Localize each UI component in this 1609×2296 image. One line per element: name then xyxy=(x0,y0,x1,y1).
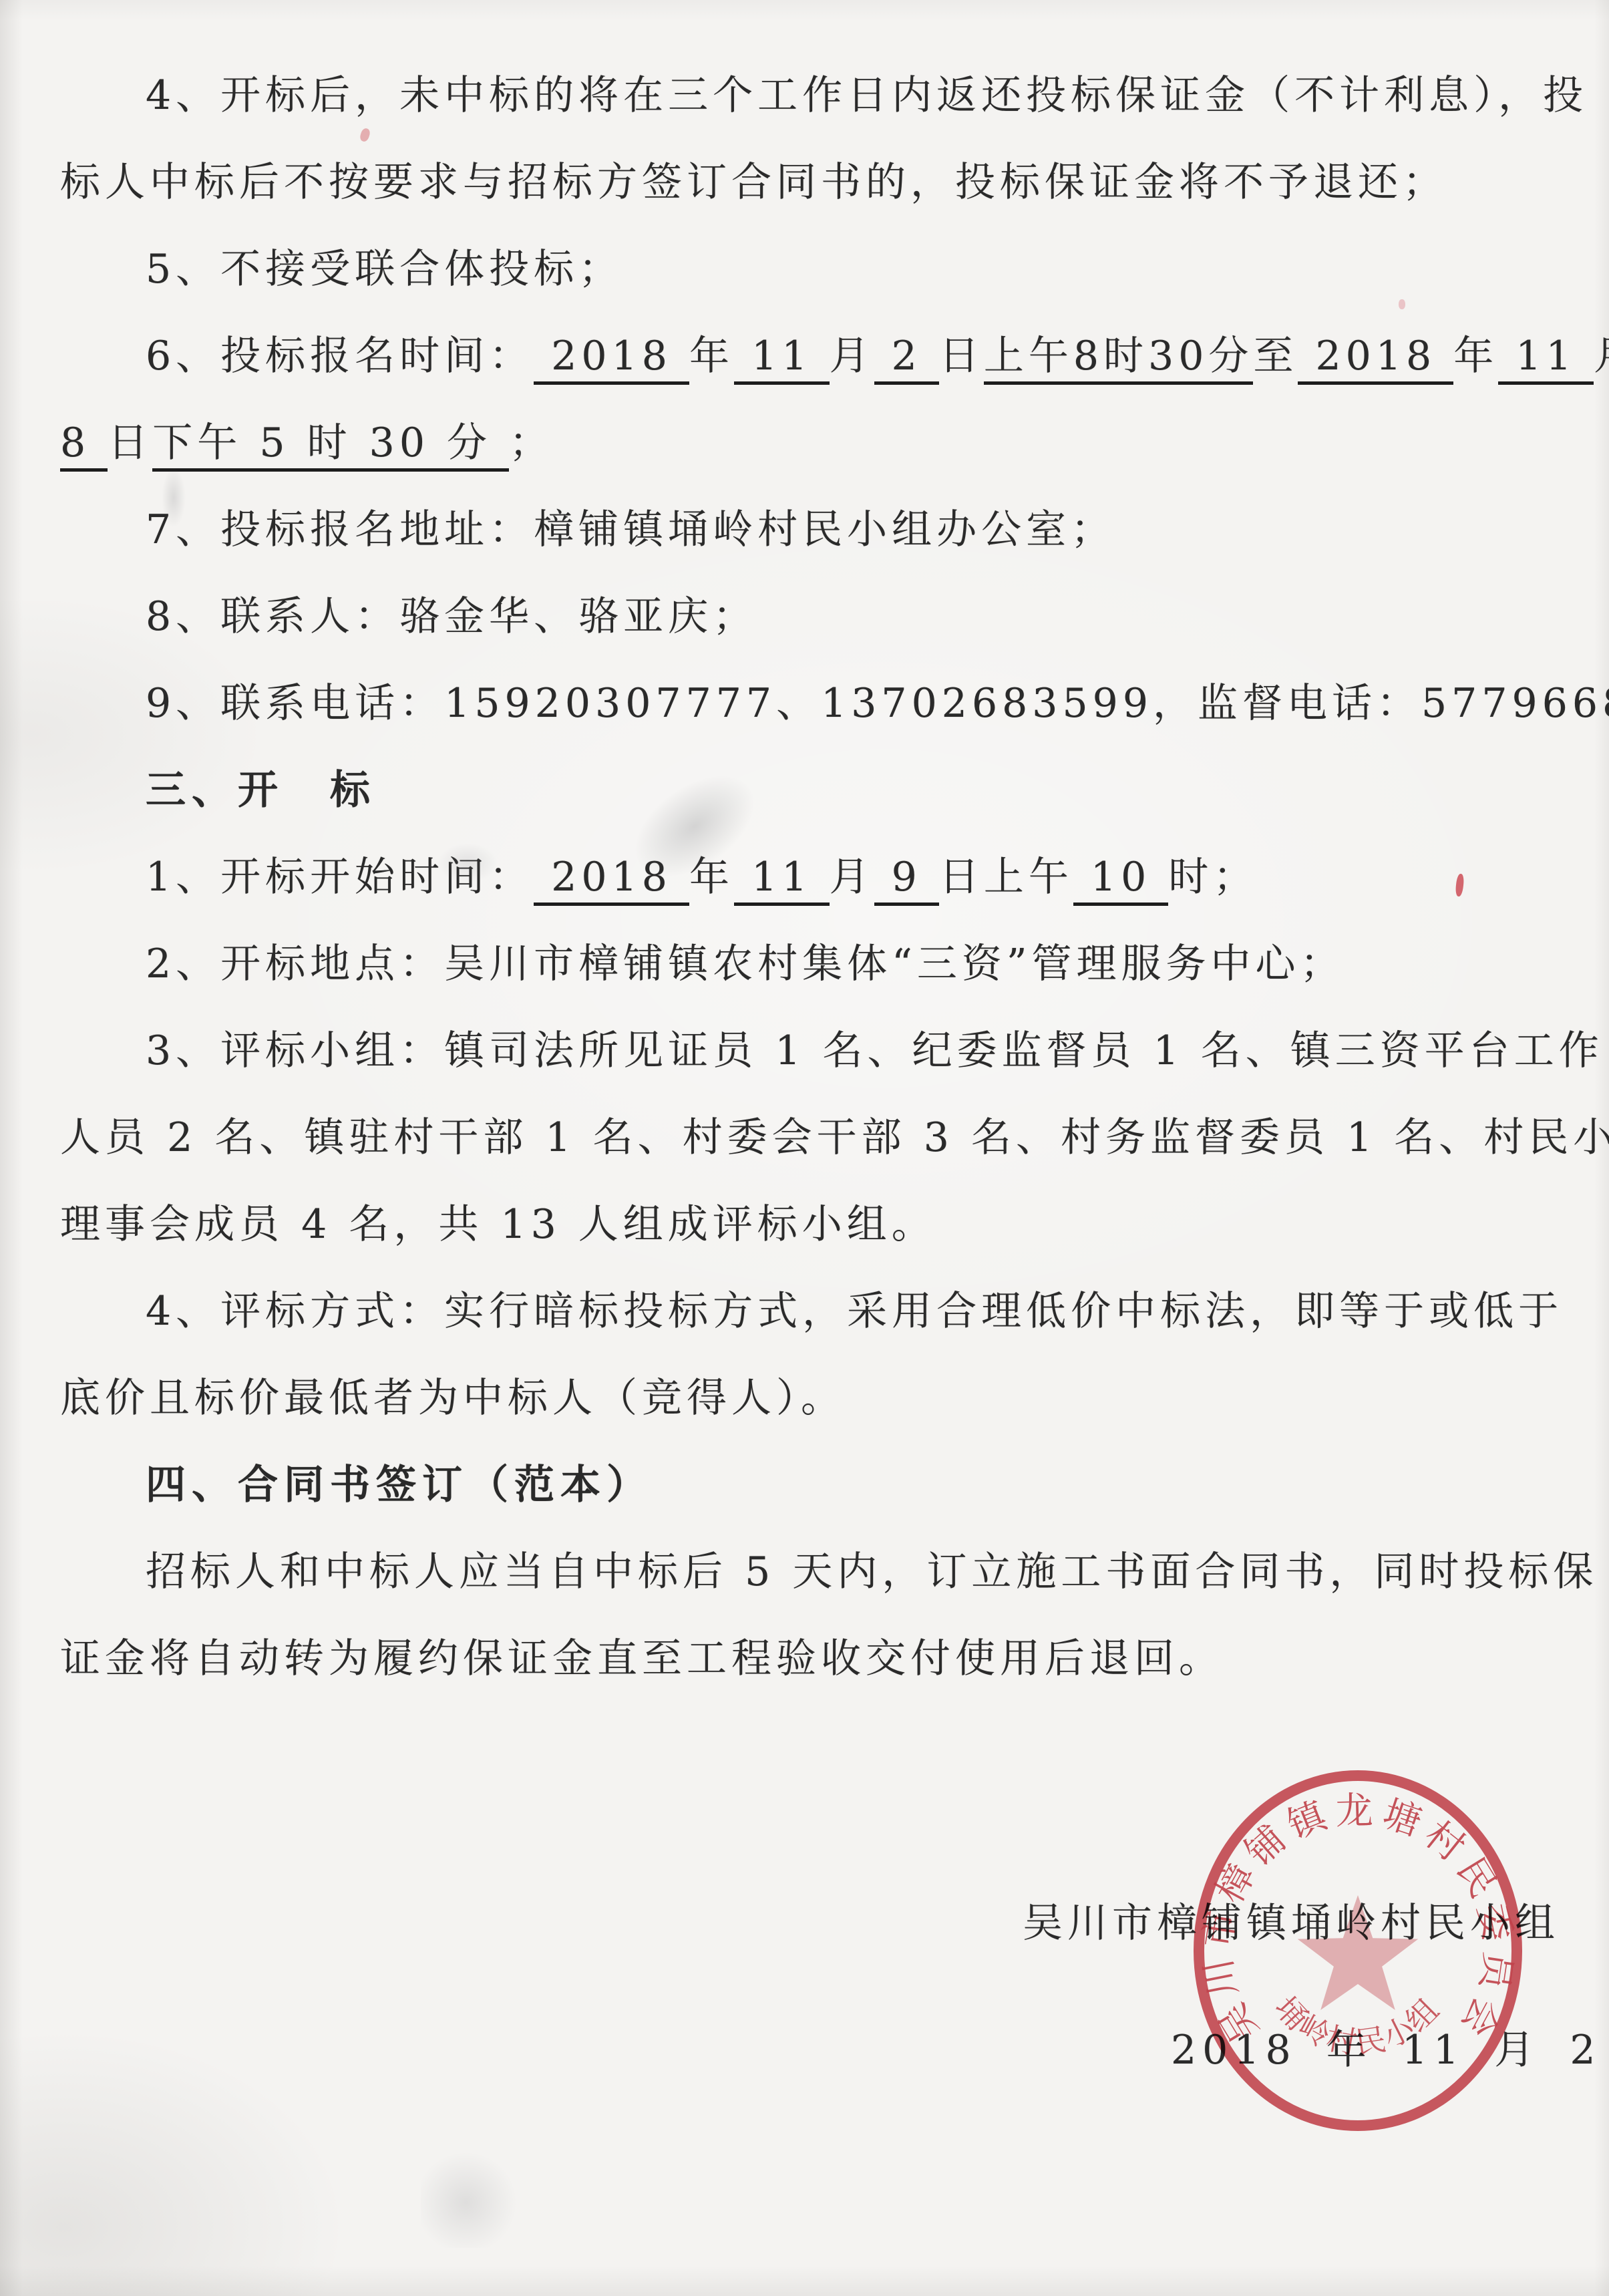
text-segment: 三、开 标 xyxy=(146,767,376,814)
document-line: 人员 2 名、镇驻村干部 1 名、村委会干部 3 名、村务监督委员 1 名、村民… xyxy=(60,1094,1556,1181)
document-line: 招标人和中标人应当自中标后 5 天内，订立施工书面合同书，同时投标保 xyxy=(60,1528,1556,1615)
filled-blank-underlined: 11 xyxy=(1498,333,1594,385)
text-segment: 月 xyxy=(830,333,874,379)
text-segment: 2、开标地点：吴川市樟铺镇农村集体“三资”管理服务中心； xyxy=(146,941,1345,987)
text-segment: 日上午 xyxy=(939,854,1073,900)
text-segment: 月 xyxy=(830,854,874,900)
text-segment: 月 xyxy=(1594,333,1609,379)
text-segment: 底价且标价最低者为中标人（竞得人）。 xyxy=(60,1375,846,1422)
official-seal-stamp: 吴川市樟铺镇龙塘村民委员会 埇岭村民小组 xyxy=(1188,1765,1528,2139)
filled-blank-underlined: 2018 xyxy=(534,333,689,385)
text-segment: 年 xyxy=(689,854,734,900)
text-segment: 3、评标小组：镇司法所见证员 1 名、纪委监督员 1 名、镇三资平台工作 xyxy=(146,1027,1604,1074)
text-segment: 4、开标后，未中标的将在三个工作日内返还投标保证金（不计利息），投 xyxy=(146,72,1588,119)
filled-blank-underlined: 2018 xyxy=(534,854,689,906)
text-segment: 至 xyxy=(1253,333,1298,379)
filled-blank-underlined: 2018 xyxy=(1298,333,1453,385)
document-line: 3、评标小组：镇司法所见证员 1 名、纪委监督员 1 名、镇三资平台工作 xyxy=(60,1007,1556,1094)
document-line: 8、联系人：骆金华、骆亚庆； xyxy=(60,573,1556,660)
filled-blank-underlined: 11 xyxy=(734,854,830,906)
text-segment: 年 xyxy=(689,333,734,379)
text-segment: 年 xyxy=(1453,333,1498,379)
document-line: 4、开标后，未中标的将在三个工作日内返还投标保证金（不计利息），投 xyxy=(60,52,1556,139)
document-line: 底价且标价最低者为中标人（竞得人）。 xyxy=(60,1355,1556,1442)
filled-blank-underlined: 9 xyxy=(874,854,939,906)
text-segment: 理事会成员 4 名，共 13 人组成评标小组。 xyxy=(60,1201,936,1248)
scan-smudge xyxy=(421,2148,521,2248)
section-heading: 三、开 标 xyxy=(60,747,1556,834)
text-segment: 8、联系人：骆金华、骆亚庆； xyxy=(146,593,757,640)
text-segment: 7、投标报名地址：樟铺镇埇岭村民小组办公室； xyxy=(146,506,1115,553)
document-line: 理事会成员 4 名，共 13 人组成评标小组。 xyxy=(60,1181,1556,1268)
text-segment: 日 xyxy=(108,420,152,466)
text-segment: 标人中标后不按要求与招标方签订合同书的，投标保证金将不予退还； xyxy=(60,159,1447,206)
document-line: 9、联系电话：15920307777、13702683599，监督电话：5779… xyxy=(60,660,1556,747)
document-lines: 4、开标后，未中标的将在三个工作日内返还投标保证金（不计利息），投标人中标后不按… xyxy=(60,52,1556,1702)
document-line: 5、不接受联合体投标； xyxy=(60,226,1556,313)
text-segment: 时； xyxy=(1168,854,1258,900)
document-line: 1、开标开始时间： 2018 年 11 月 9 日上午 10 时； xyxy=(60,834,1556,921)
filled-blank-underlined: 11 xyxy=(734,333,830,385)
text-segment: 招标人和中标人应当自中标后 5 天内，订立施工书面合同书，同时投标保 xyxy=(146,1548,1598,1595)
document-line: 标人中标后不按要求与招标方签订合同书的，投标保证金将不予退还； xyxy=(60,139,1556,226)
text-segment: 人员 2 名、镇驻村干部 1 名、村委会干部 3 名、村务监督委员 1 名、村民… xyxy=(60,1114,1609,1161)
document-line: 4、评标方式：实行暗标投标方式，采用合理低价中标法，即等于或低于 xyxy=(60,1268,1556,1355)
text-segment: 6、投标报名时间： xyxy=(146,333,534,379)
text-segment: ； xyxy=(509,420,554,466)
seal-bottom-text: 埇岭村民小组 xyxy=(1268,1989,1446,2061)
filled-blank-underlined: 10 xyxy=(1073,854,1169,906)
filled-blank-underlined: 2 xyxy=(874,333,939,385)
section-heading: 四、合同书签订（范本） xyxy=(60,1442,1556,1528)
filled-blank-underlined: 上午8时30分 xyxy=(984,333,1254,385)
document-line: 7、投标报名地址：樟铺镇埇岭村民小组办公室； xyxy=(60,486,1556,573)
scanned-document-page: 4、开标后，未中标的将在三个工作日内返还投标保证金（不计利息），投标人中标后不按… xyxy=(0,0,1609,2296)
text-segment: 4、评标方式：实行暗标投标方式，采用合理低价中标法，即等于或低于 xyxy=(146,1288,1563,1335)
five-pointed-star-icon xyxy=(1298,1895,1419,2010)
text-segment: 证金将自动转为履约保证金直至工程验收交付使用后退回。 xyxy=(60,1635,1224,1682)
text-segment: 日 xyxy=(939,333,984,379)
filled-blank-underlined: 8 xyxy=(60,420,108,472)
document-line: 证金将自动转为履约保证金直至工程验收交付使用后退回。 xyxy=(60,1615,1556,1702)
text-segment: 9、联系电话：15920307777、13702683599，监督电话：5779… xyxy=(146,680,1609,727)
filled-blank-underlined: 下午 5 时 30 分 xyxy=(152,420,509,472)
document-line: 2、开标地点：吴川市樟铺镇农村集体“三资”管理服务中心； xyxy=(60,921,1556,1007)
text-segment: 5、不接受联合体投标； xyxy=(146,246,623,293)
text-segment: 四、合同书签订（范本） xyxy=(146,1462,653,1508)
document-line: 8 日下午 5 时 30 分 ； xyxy=(60,399,1556,486)
document-line: 6、投标报名时间： 2018 年 11 月 2 日上午8时30分至 2018 年… xyxy=(60,313,1556,399)
document-body: 4、开标后，未中标的将在三个工作日内返还投标保证金（不计利息），投标人中标后不按… xyxy=(60,52,1556,1702)
text-segment: 1、开标开始时间： xyxy=(146,854,534,900)
